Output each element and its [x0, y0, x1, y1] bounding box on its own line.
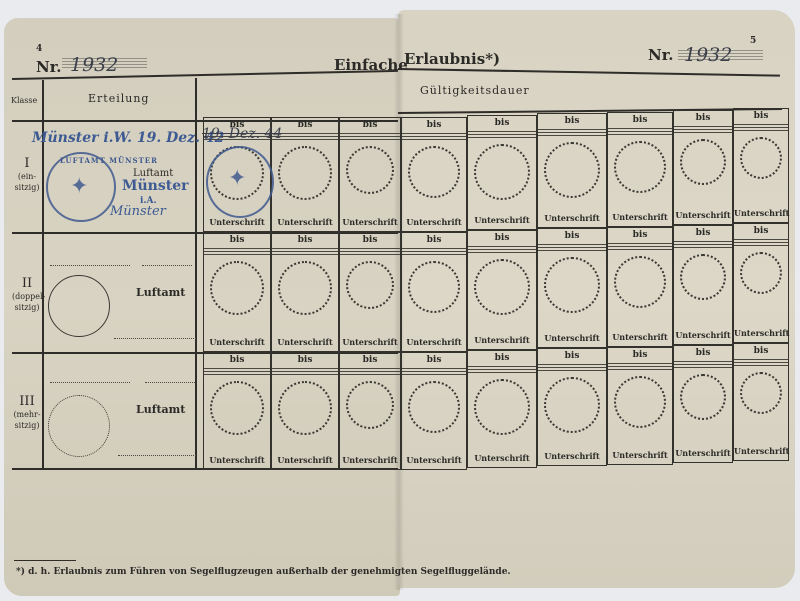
signature-label: Unterschrift [734, 328, 788, 338]
date-lines [468, 366, 536, 374]
signature-label: Unterschrift [608, 212, 672, 222]
stamp-circle [408, 381, 460, 433]
date-lines [340, 368, 400, 376]
stamp-circle [474, 379, 530, 435]
bis-label: bis [674, 228, 732, 238]
bis-label: bis [204, 235, 270, 245]
valid-until-date: 19. Dez. 44 [202, 126, 282, 142]
date-lines [608, 128, 672, 136]
bis-label: bis [468, 353, 536, 363]
footnote-rule [14, 560, 76, 561]
signature-label: Unterschrift [468, 453, 536, 463]
signature-label: Unterschrift [734, 446, 788, 456]
validity-cell: bisUnterschrift [467, 230, 537, 350]
nr-label-left: Nr. [36, 58, 61, 76]
office-label-row3: Luftamt [136, 403, 185, 416]
bis-label: bis [608, 350, 672, 360]
dotted-line [142, 265, 192, 266]
bis-label: bis [674, 348, 732, 358]
dotted-line [114, 338, 196, 339]
signature-label: Unterschrift [340, 217, 400, 227]
validity-cell: bisUnterschrift [339, 117, 401, 232]
date-lines [468, 246, 536, 254]
signature-label: Unterschrift [538, 451, 606, 461]
signature-label: Unterschrift [734, 208, 788, 218]
stamp-circle [740, 372, 782, 414]
validity-cell: bisUnterschrift [339, 352, 401, 470]
date-lines [204, 248, 270, 256]
validity-cell: bisUnterschrift [607, 347, 673, 465]
signature-label: Unterschrift [340, 337, 400, 347]
signature-label: Unterschrift [272, 455, 338, 465]
date-lines [608, 243, 672, 251]
validity-cell: bisUnterschrift [733, 108, 789, 223]
signature-label: Unterschrift [674, 330, 732, 340]
date-lines [204, 368, 270, 376]
bis-label: bis [272, 235, 338, 245]
validity-cell: bisUnterschrift [673, 345, 733, 463]
signature-label: Unterschrift [468, 215, 536, 225]
klasse-1: I (ein- sitzig) [12, 156, 42, 193]
bis-label: bis [734, 111, 788, 121]
signature-label: Unterschrift [674, 210, 732, 220]
validity-cell: bisUnterschrift [537, 228, 607, 348]
validity-cell: bisUnterschrift [339, 232, 401, 352]
stamp-circle [346, 381, 394, 429]
bis-label: bis [204, 355, 270, 365]
stamp-circle [680, 254, 726, 300]
klasse-3: III (mehr- sitzig) [12, 394, 42, 431]
date-lines [402, 133, 466, 141]
stamp-office-line2: Münster [122, 178, 189, 194]
header-gueltigkeitsdauer: Gültigkeitsdauer [420, 84, 530, 97]
dotted-line [118, 455, 196, 456]
signature-label: Unterschrift [674, 448, 732, 458]
date-lines [538, 244, 606, 252]
validity-cell: bisUnterschrift [537, 348, 607, 466]
stamp-circle [544, 377, 600, 433]
signature-label: Unterschrift [204, 217, 270, 227]
stamp-circle [408, 146, 460, 198]
validity-cell: bisUnterschrift [401, 117, 467, 232]
signature-label: Unterschrift [204, 337, 270, 347]
header-erteilung: Erteilung [88, 92, 149, 105]
date-lines [468, 131, 536, 139]
bis-label: bis [468, 233, 536, 243]
nr-value-right: 1932 [684, 44, 732, 66]
date-lines [734, 359, 788, 367]
signature-label: Unterschrift [538, 213, 606, 223]
validity-cell: bisUnterschrift [733, 343, 789, 461]
signature-label: Unterschrift [204, 455, 270, 465]
bis-label: bis [340, 235, 400, 245]
validity-cell: bisUnterschrift [271, 232, 339, 352]
stamp-circle [346, 261, 394, 309]
date-lines [272, 368, 338, 376]
signature-label: Unterschrift [608, 332, 672, 342]
signature-label: Unterschrift [608, 450, 672, 460]
bis-label: bis [734, 346, 788, 356]
dotted-line [50, 382, 130, 383]
office-label-row2: Luftamt [136, 286, 185, 299]
validity-cell: bisUnterschrift [673, 225, 733, 345]
stamp-circle [278, 261, 332, 315]
title-right: Erlaubnis*) [404, 50, 500, 68]
dotted-line [50, 265, 130, 266]
stamp-circle [680, 139, 726, 185]
stamp-circle [210, 261, 264, 315]
stamp-circle [544, 142, 600, 198]
signature-label: Unterschrift [272, 217, 338, 227]
date-lines [608, 363, 672, 371]
validity-cell: bisUnterschrift [537, 113, 607, 228]
validity-cell: bisUnterschrift [401, 352, 467, 470]
stamp-circle [278, 146, 332, 200]
stamp-circle [278, 381, 332, 435]
stamp-circle [614, 256, 666, 308]
stamp-circle [408, 261, 460, 313]
validity-cell: bisUnterschrift [607, 112, 673, 227]
validity-cell: bisUnterschrift [733, 223, 789, 343]
bis-label: bis [734, 226, 788, 236]
validity-cell: bisUnterschrift [607, 227, 673, 347]
klasse-2: II (doppel- sitzig) [12, 276, 42, 313]
date-lines [402, 368, 466, 376]
footnote-text: *) d. h. Erlaubnis zum Führen von Segelf… [16, 567, 511, 577]
date-lines [734, 239, 788, 247]
bis-label: bis [608, 115, 672, 125]
stamp-circle [680, 374, 726, 420]
bis-label: bis [538, 351, 606, 361]
bis-label: bis [402, 120, 466, 130]
nr-label-right: Nr. [648, 46, 673, 64]
bis-label: bis [402, 355, 466, 365]
date-lines [402, 248, 466, 256]
stamp-circle [474, 259, 530, 315]
page-number-left: 4 [36, 44, 42, 54]
date-lines [538, 129, 606, 137]
date-lines [538, 364, 606, 372]
stamp-ring-text-left: LUFTAMT MÜNSTER [60, 156, 158, 165]
bis-label: bis [674, 113, 732, 123]
stamp-circle [474, 144, 530, 200]
validity-cell: bisUnterschrift [203, 352, 271, 470]
date-lines [734, 124, 788, 132]
bis-label: bis [538, 116, 606, 126]
bis-label: bis [608, 230, 672, 240]
date-lines [340, 133, 400, 141]
signature-label: Unterschrift [272, 337, 338, 347]
page-number-right: 5 [750, 36, 756, 46]
signature-label: Unterschrift [468, 335, 536, 345]
signature-label: Unterschrift [340, 455, 400, 465]
signature-label: Unterschrift [402, 337, 466, 347]
bis-label: bis [538, 231, 606, 241]
signature-issuer: Münster [110, 204, 166, 219]
bis-label: bis [272, 355, 338, 365]
nr-value-left: 1932 [70, 54, 118, 76]
issue-place-date: Münster i.W. 19. Dez. 42 [32, 130, 224, 146]
stamp-circle-row3 [48, 395, 110, 457]
validity-cell: bisUnterschrift [467, 350, 537, 468]
stamp-circle [614, 376, 666, 428]
signature-label: Unterschrift [538, 333, 606, 343]
date-lines [674, 241, 732, 249]
date-lines [674, 126, 732, 134]
stamp-circle [614, 141, 666, 193]
signature-label: Unterschrift [402, 217, 466, 227]
stamp-circle [210, 381, 264, 435]
validity-cell: bisUnterschrift [203, 232, 271, 352]
date-lines [340, 248, 400, 256]
stamp-circle [544, 257, 600, 313]
bis-label: bis [468, 118, 536, 128]
validity-cell: bisUnterschrift [467, 115, 537, 230]
bis-label: bis [402, 235, 466, 245]
stamp-circle [740, 252, 782, 294]
header-klasse: Klasse [11, 96, 37, 105]
signature-label: Unterschrift [402, 455, 466, 465]
bis-label: bis [340, 355, 400, 365]
validity-cell: bisUnterschrift [271, 352, 339, 470]
date-lines [272, 248, 338, 256]
stamp-circle-row2 [48, 275, 110, 337]
validity-cell: bisUnterschrift [673, 110, 733, 225]
validity-cell: bisUnterschrift [401, 232, 467, 352]
dotted-line [145, 382, 195, 383]
bis-label: bis [340, 120, 400, 130]
date-lines [674, 361, 732, 369]
stamp-circle [346, 146, 394, 194]
official-stamp-validity: ✦ [206, 146, 274, 218]
stamp-circle [740, 137, 782, 179]
